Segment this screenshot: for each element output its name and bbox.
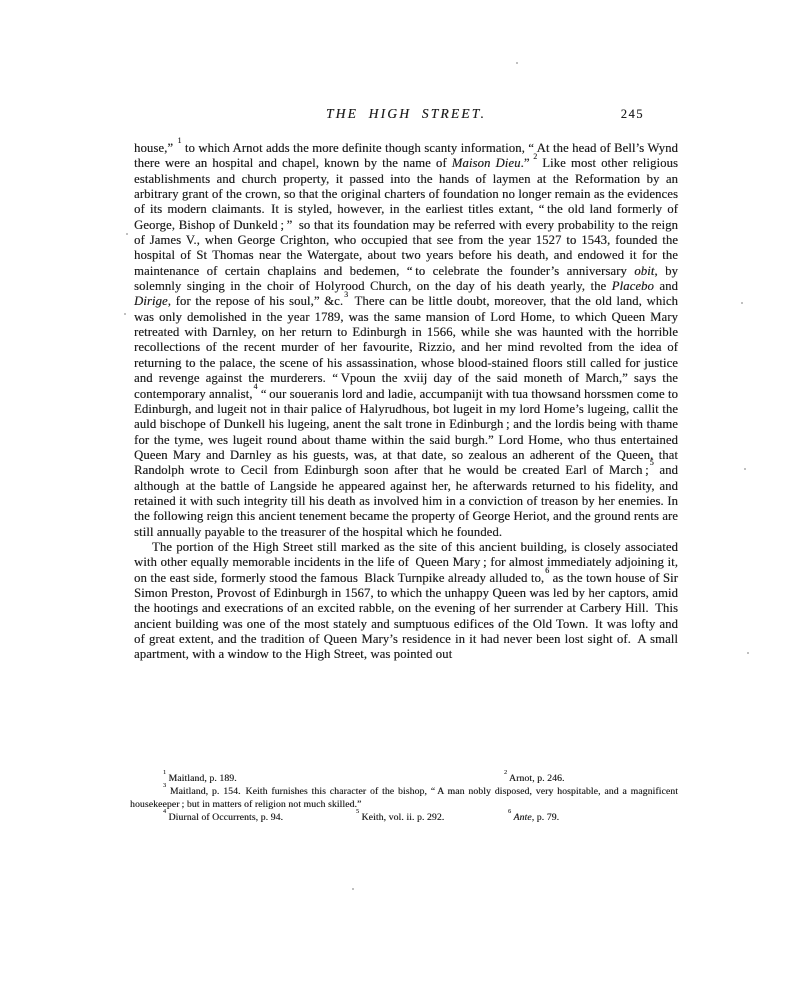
text-run: , p. 79. (532, 812, 559, 823)
page-header: THE HIGH STREET. 245 (134, 106, 678, 126)
text-run: There can be little doubt, moreover, tha… (134, 294, 678, 400)
footnote-marker: 6 (508, 809, 511, 815)
footnote-marker: 1 (178, 136, 182, 145)
italic-text: Maison Dieu (452, 156, 521, 170)
book-page: THE HIGH STREET. 245 house,” 1 to which … (0, 0, 790, 1000)
footnote-5: 5 Keith, vol. ii. p. 292. (355, 811, 444, 824)
footnote-marker: 2 (504, 770, 507, 776)
footnote-marker: 1 (163, 770, 166, 776)
footnote-2: 2 Arnot, p. 246. (503, 772, 565, 785)
italic-text: Placebo (612, 279, 654, 293)
footnote-marker: 2 (533, 152, 537, 161)
paragraph: The portion of the High Street still mar… (134, 540, 678, 663)
footnote-marker: 6 (545, 566, 549, 575)
scan-speck (124, 313, 126, 315)
footnote-marker: 4 (254, 382, 258, 391)
italic-text: obit (634, 264, 654, 278)
text-run: Arnot, p. 246. (509, 773, 565, 784)
running-title: THE HIGH STREET. (134, 106, 678, 122)
text-run: and (654, 279, 678, 293)
scan-speck (744, 468, 746, 470)
footnote-3: 3 Maitland, p. 154. Keith furnishes this… (130, 785, 678, 811)
scan-speck (741, 302, 743, 304)
footnote-row-1: 1 Maitland, p. 189. 2 Arnot, p. 246. (130, 772, 678, 785)
scan-speck (747, 652, 749, 654)
footnote-marker: 3 (344, 290, 348, 299)
body-text: house,” 1 to which Arnot adds the more d… (134, 141, 678, 663)
footnote-marker: 5 (356, 809, 359, 815)
text-run: Maitland, p. 189. (169, 773, 237, 784)
text-run: house,” (134, 141, 177, 155)
text-run: Diurnal of Occurrents, p. 94. (169, 812, 284, 823)
page-number: 245 (621, 107, 644, 122)
footnote-marker: 3 (163, 783, 166, 789)
text-run: , for the repose of his soul,” &c. (168, 294, 343, 308)
footnote-4: 4 Diurnal of Occurrents, p. 94. (162, 812, 283, 823)
footnote-1: 1 Maitland, p. 189. (162, 773, 237, 784)
text-run: Keith, vol. ii. p. 292. (362, 812, 445, 823)
scan-speck (352, 888, 354, 890)
text-run: .” (521, 156, 533, 170)
footnote-6: 6 Ante, p. 79. (507, 811, 559, 824)
text-run: Like most other religious establishments… (134, 156, 678, 277)
scan-speck (126, 233, 128, 235)
footnote-marker: 4 (163, 809, 166, 815)
italic-text: Ante (514, 812, 532, 823)
footnotes: 1 Maitland, p. 189. 2 Arnot, p. 246. 3 M… (130, 772, 678, 824)
italic-text: Dirige (134, 294, 168, 308)
footnote-row-2: 4 Diurnal of Occurrents, p. 94. 5 Keith,… (130, 811, 678, 824)
text-run: Maitland, p. 154. Keith furnishes this c… (130, 786, 678, 810)
footnote-marker: 5 (650, 458, 654, 467)
scan-speck (516, 62, 518, 64)
paragraph: house,” 1 to which Arnot adds the more d… (134, 141, 678, 540)
